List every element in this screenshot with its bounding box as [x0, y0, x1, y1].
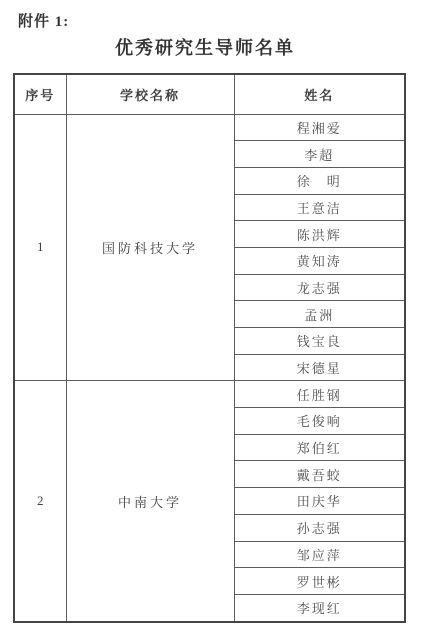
- header-serial: 序号: [14, 74, 66, 114]
- school-cell: 中南大学: [66, 381, 234, 622]
- serial-cell: 1: [14, 114, 66, 381]
- table-row: 2 中南大学 任胜钢: [14, 381, 405, 408]
- table-header-row: 序号 学校名称 姓名: [14, 74, 405, 114]
- name-cell: 程湘爱: [234, 114, 405, 141]
- page-title: 优秀研究生导师名单: [0, 34, 410, 60]
- header-school: 学校名称: [66, 74, 234, 114]
- name-cell: 毛俊响: [234, 408, 405, 435]
- name-cell: 任胜钢: [234, 381, 405, 408]
- serial-cell: 2: [14, 381, 66, 622]
- school-cell: 国防科技大学: [66, 114, 234, 381]
- name-cell: 钱宝良: [234, 328, 405, 355]
- name-cell: 孟洲: [234, 301, 405, 328]
- name-cell: 李现红: [234, 594, 405, 622]
- name-cell: 徐 明: [234, 167, 405, 194]
- name-cell: 宋德星: [234, 354, 405, 381]
- name-cell: 李超: [234, 141, 405, 168]
- name-cell: 田庆华: [234, 488, 405, 515]
- name-cell: 孙志强: [234, 514, 405, 541]
- name-cell: 郑伯红: [234, 434, 405, 461]
- header-name: 姓名: [234, 74, 405, 114]
- name-cell: 黄知涛: [234, 247, 405, 274]
- document-page: 附件 1: 优秀研究生导师名单 序号 学校名称 姓名 1 国防科技大学 程湘爱 …: [0, 0, 422, 634]
- name-cell: 陈洪辉: [234, 221, 405, 248]
- supervisor-table: 序号 学校名称 姓名 1 国防科技大学 程湘爱 李超 徐 明 王意洁 陈洪辉 黄…: [13, 73, 406, 623]
- name-cell: 罗世彬: [234, 568, 405, 595]
- name-cell: 邹应萍: [234, 541, 405, 568]
- table-row: 1 国防科技大学 程湘爱: [14, 114, 405, 141]
- name-cell: 王意洁: [234, 194, 405, 221]
- name-cell: 龙志强: [234, 274, 405, 301]
- name-cell: 戴吾蛟: [234, 461, 405, 488]
- attachment-label: 附件 1:: [18, 10, 69, 31]
